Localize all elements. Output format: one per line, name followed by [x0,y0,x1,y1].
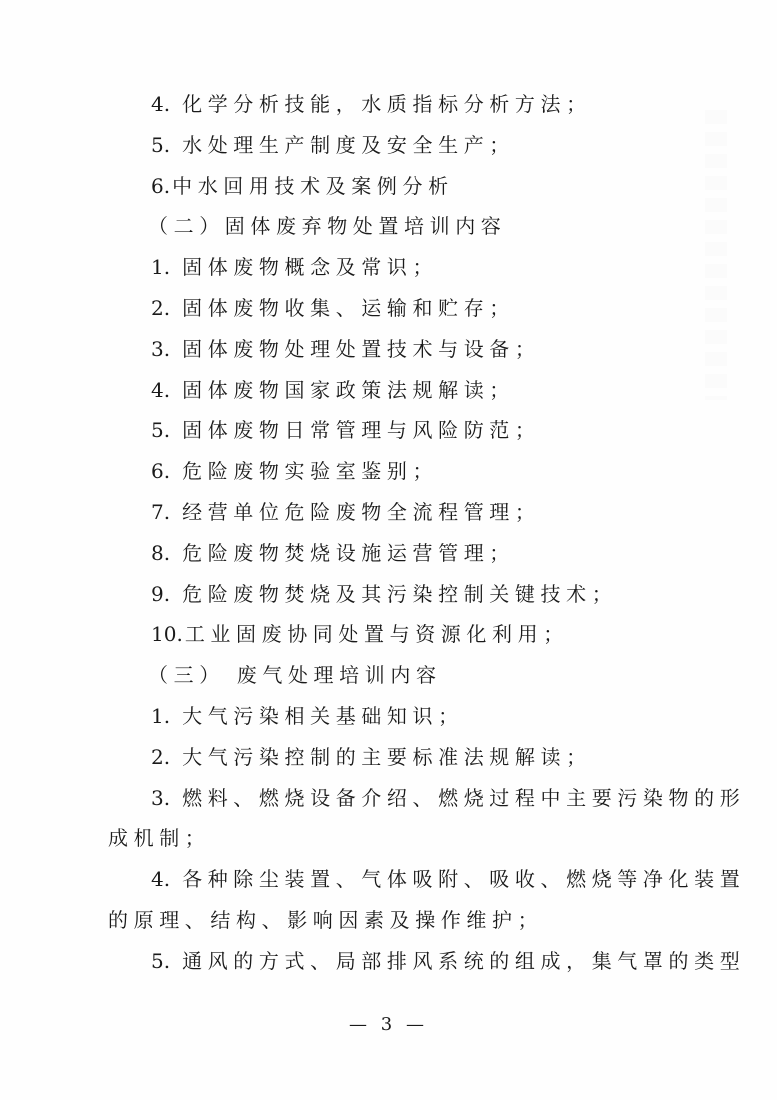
item-number: 4. [151,378,170,402]
item-text: 固体废物国家政策法规解读； [182,378,515,402]
item-text: 固体废物处理处置技术与设备； [182,337,540,361]
item-number: 2. [151,745,170,769]
item-text: 化学分析技能，水质指标分析方法； [182,92,592,116]
item-text: 危险废物实验室鉴别； [182,459,438,483]
item-number: 1. [151,704,170,728]
item-text: 燃料、燃烧设备介绍、燃烧过程中主要污染物的形 [182,786,745,810]
item-number: 5. [151,418,170,442]
list-item: 5.固体废物日常管理与风险防范； [108,410,668,451]
list-item: 10.工业固废协同处置与资源化利用； [108,614,668,655]
item-number: 5. [151,133,170,157]
item-text: 固体废物日常管理与风险防范； [182,418,540,442]
item-text: 大气污染相关基础知识； [182,704,464,728]
item-number: 4. [151,867,170,891]
item-text: 固体废物收集、运输和贮存； [182,296,515,320]
list-item: 9.危险废物焚烧及其污染控制关键技术； [108,574,668,615]
item-number: 6. [151,459,170,483]
item-number: 7. [151,500,170,524]
list-item: 3.固体废物处理处置技术与设备； [108,329,668,370]
item-number: 3. [151,786,170,810]
item-number: 8. [151,541,170,565]
item-text: 的原理、结构、影响因素及操作维护； [108,908,543,932]
list-item-continuation: 成机制； [108,818,668,859]
item-text: 中水回用技术及案例分析 [172,174,454,198]
list-item: 5.通风的方式、局部排风系统的组成，集气罩的类型 [108,941,668,982]
list-item: 1.固体废物概念及常识； [108,247,668,288]
item-number: 2. [151,296,170,320]
list-item: 4.各种除尘装置、气体吸附、吸收、燃烧等净化装置 [108,859,668,900]
list-item: 4.固体废物国家政策法规解读； [108,370,668,411]
list-item: 1.大气污染相关基础知识； [108,696,668,737]
item-number: 5. [151,949,170,973]
item-number: 6. [151,174,170,198]
list-item: 5.水处理生产制度及安全生产； [108,125,668,166]
item-text: 水处理生产制度及安全生产； [182,133,515,157]
list-item: 6.中水回用技术及案例分析 [108,166,668,207]
item-text: 大气污染控制的主要标准法规解读； [182,745,592,769]
heading-text: （三） 废气处理培训内容 [148,663,442,687]
list-item: 8.危险废物焚烧设施运营管理； [108,533,668,574]
document-body: 4.化学分析技能，水质指标分析方法； 5.水处理生产制度及安全生产； 6.中水回… [108,84,668,982]
item-number: 4. [151,92,170,116]
heading-text: （二）固体废弃物处置培训内容 [148,214,506,238]
page-number: — 3 — [0,1014,777,1035]
list-item: 2.固体废物收集、运输和贮存； [108,288,668,329]
list-item: 4.化学分析技能，水质指标分析方法； [108,84,668,125]
list-item: 2.大气污染控制的主要标准法规解读； [108,737,668,778]
section-heading-solid-waste: （二）固体废弃物处置培训内容 [108,206,668,247]
item-number: 3. [151,337,170,361]
item-text: 经营单位危险废物全流程管理； [182,500,540,524]
item-number: 1. [151,255,170,279]
document-page: 4.化学分析技能，水质指标分析方法； 5.水处理生产制度及安全生产； 6.中水回… [0,0,777,1100]
item-text: 危险废物焚烧设施运营管理； [182,541,515,565]
item-number: 10. [151,622,183,646]
list-item: 3.燃料、燃烧设备介绍、燃烧过程中主要污染物的形 [108,778,668,819]
item-text: 通风的方式、局部排风系统的组成，集气罩的类型 [182,949,745,973]
item-text: 成机制； [108,826,210,850]
item-text: 工业固废协同处置与资源化利用； [185,622,569,646]
item-text: 危险废物焚烧及其污染控制关键技术； [182,582,617,606]
section-heading-waste-gas: （三） 废气处理培训内容 [108,655,668,696]
item-number: 9. [151,582,170,606]
item-text: 各种除尘装置、气体吸附、吸收、燃烧等净化装置 [182,867,745,891]
item-text: 固体废物概念及常识； [182,255,438,279]
list-item-continuation: 的原理、结构、影响因素及操作维护； [108,900,668,941]
list-item: 6.危险废物实验室鉴别； [108,451,668,492]
scan-bleed-through [705,110,727,400]
list-item: 7.经营单位危险废物全流程管理； [108,492,668,533]
